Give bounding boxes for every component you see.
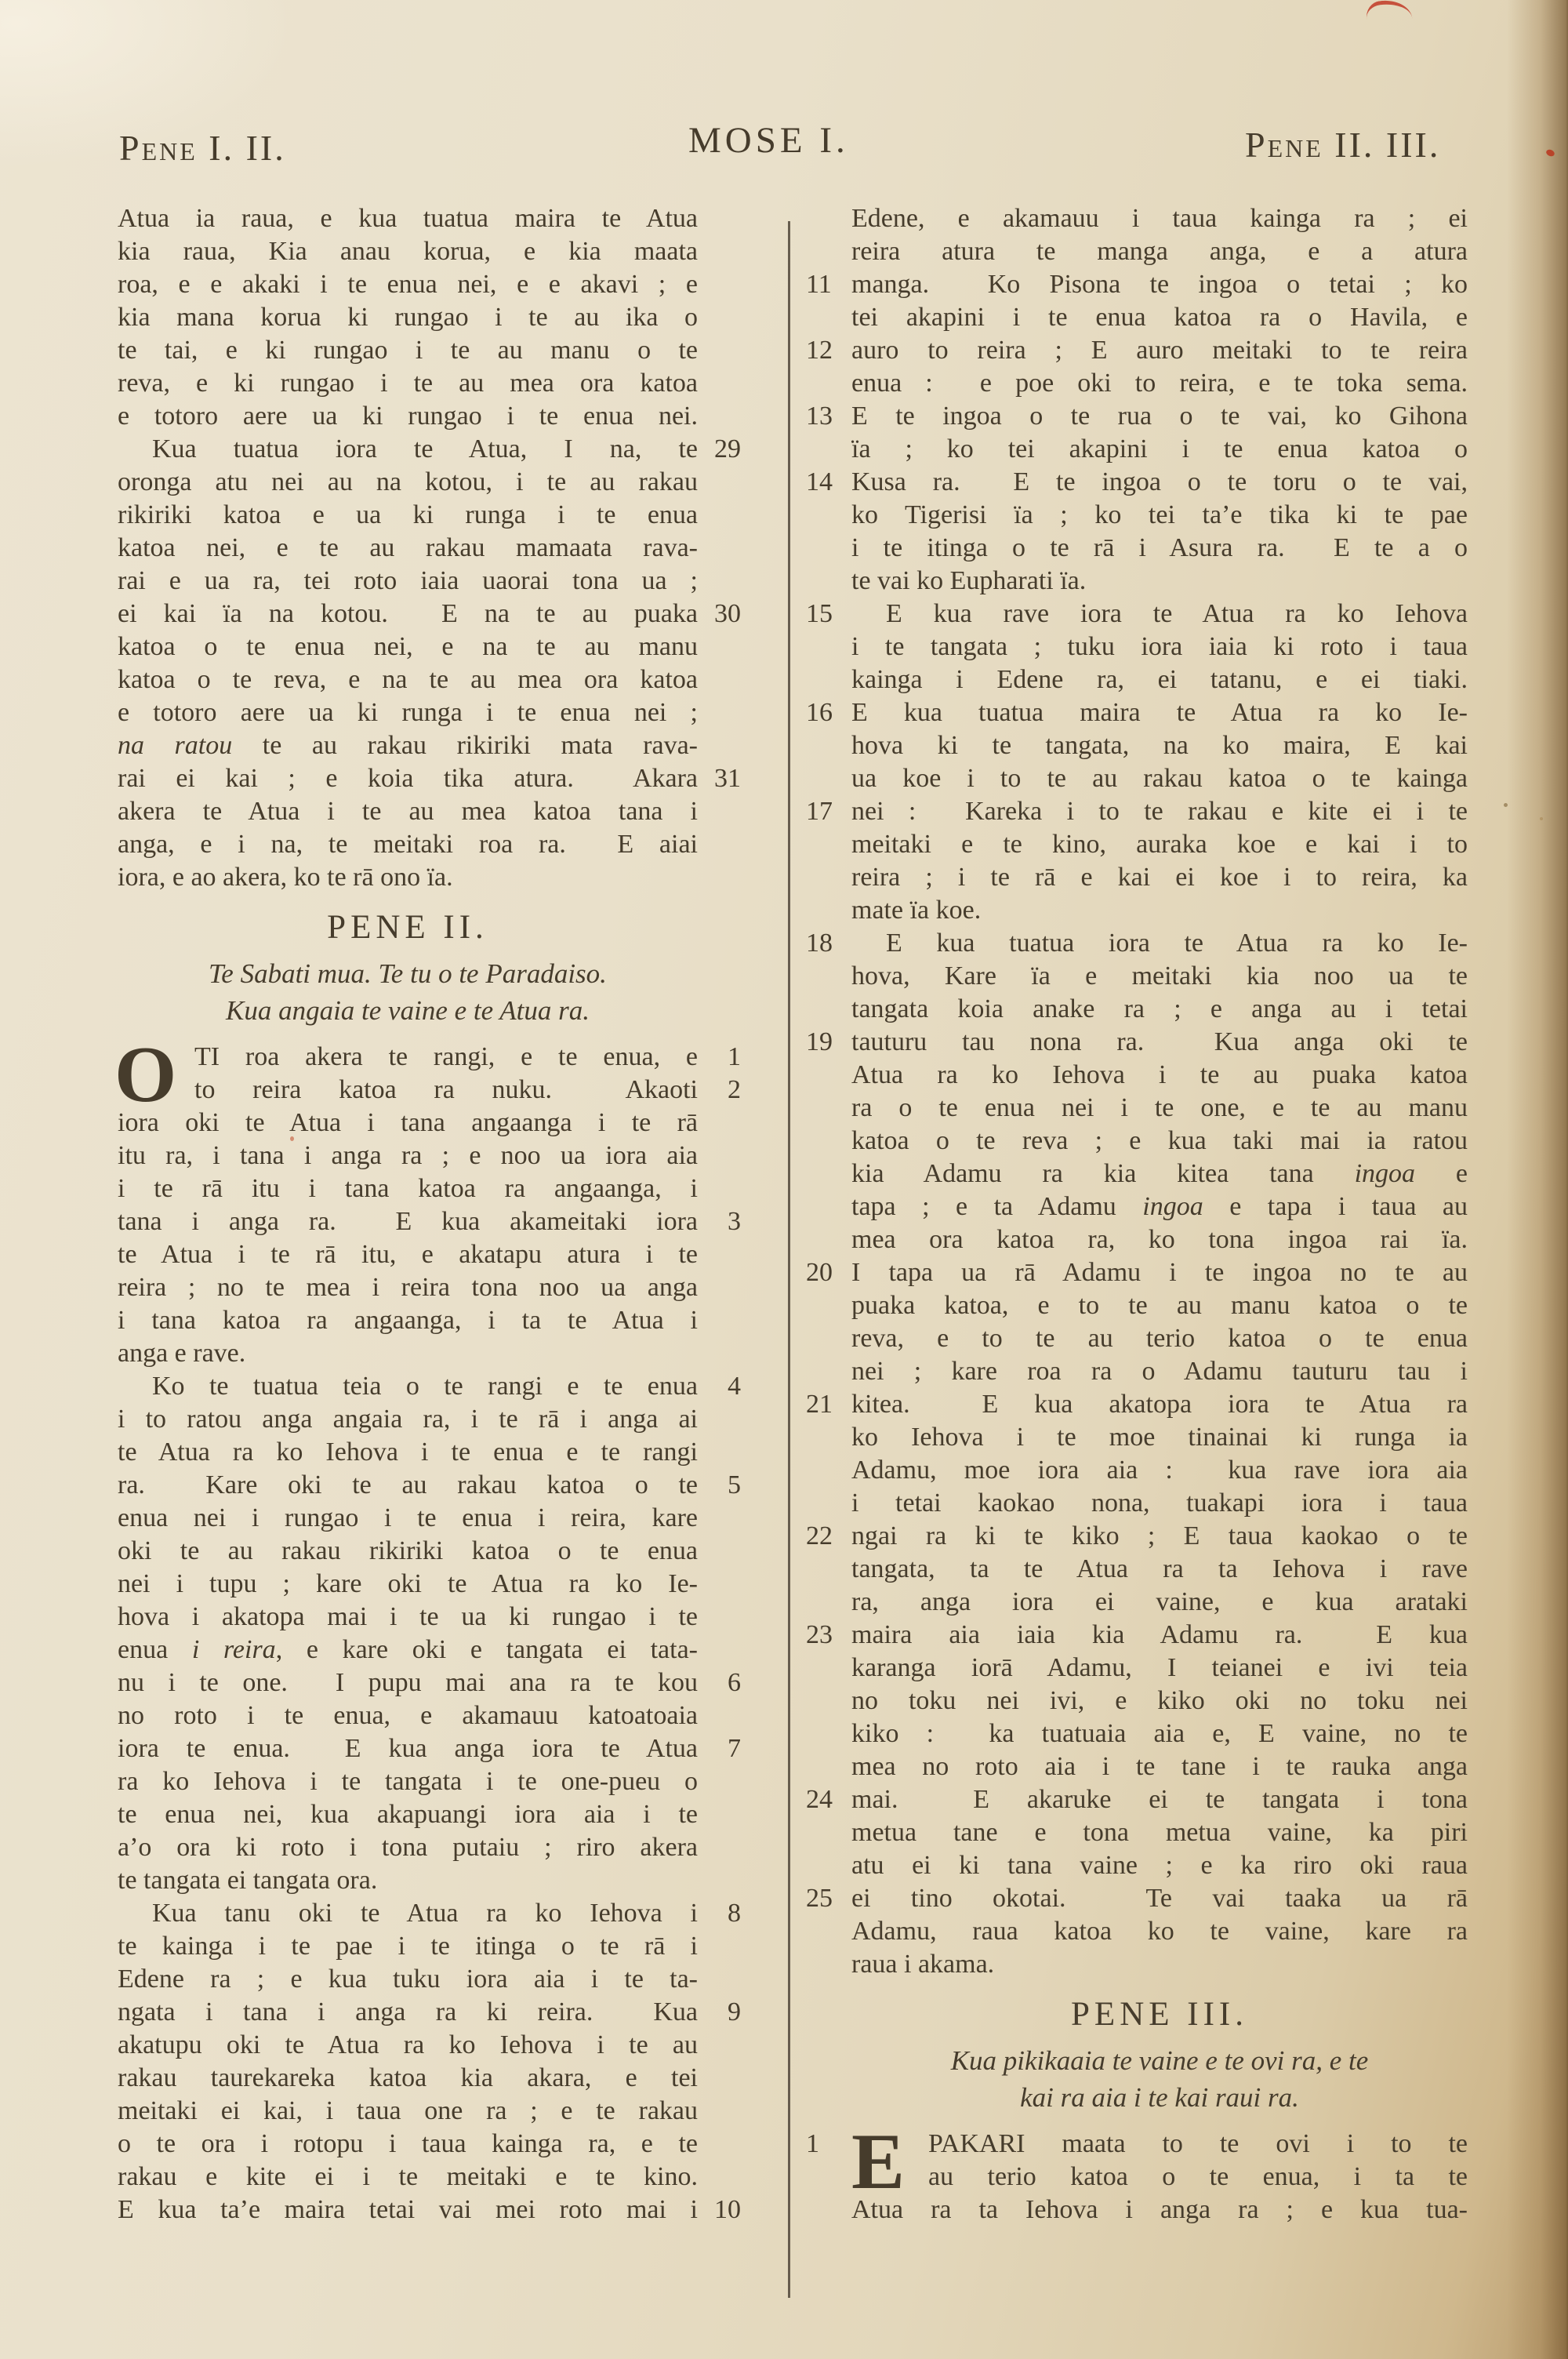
- line-text: mate ïa koe.: [851, 894, 1468, 927]
- line-text: na ratou te au rakau rikiriki mata rava-: [118, 729, 698, 762]
- line-text: katoa o te reva, e na te au mea ora kato…: [118, 663, 698, 696]
- verse-number: 1: [728, 1041, 741, 1074]
- running-head-center: MOSE I.: [688, 119, 849, 162]
- text-line: ei tino okotai. Te vai taaka ua rā25: [804, 1882, 1468, 1915]
- line-text: enua i reira, e kare oki e tangata ei ta…: [118, 1634, 698, 1667]
- text-line: tangata koia anake ra ; e anga au i teta…: [804, 993, 1468, 1026]
- text-line: ua koe i to te au rakau katoa o te kaing…: [804, 762, 1468, 795]
- text-line: ra o te enua nei i te one, e te au manu: [804, 1092, 1468, 1125]
- plain-text: enua: [118, 1635, 192, 1664]
- text-line: tangata, ta te Atua ra ta Iehova i rave: [804, 1553, 1468, 1586]
- line-text: kia Adamu ra kia kitea tana ingoa e: [851, 1158, 1468, 1190]
- text-line: ngai ra ki te kiko ; E taua kaokao o te2…: [804, 1520, 1468, 1553]
- text-line: tauturu tau nona ra. Kua anga oki te19: [804, 1026, 1468, 1059]
- line-text: metua tane e tona metua vaine, ka piri: [851, 1816, 1468, 1849]
- line-text: au terio katoa o te enua, i ta te: [928, 2161, 1468, 2194]
- foxing-speck: [1504, 803, 1508, 807]
- line-text: katoa o te reva ; e kua taki mai ia rato…: [851, 1125, 1468, 1158]
- text-line: reva, e ki rungao i te au mea ora katoa: [118, 367, 741, 400]
- text-line: metua tane e tona metua vaine, ka piri: [804, 1816, 1468, 1849]
- verse-number: 17: [806, 795, 833, 828]
- line-text: i tana katoa ra angaanga, i ta te Atua i: [118, 1304, 698, 1337]
- text-line: nu i te one. I pupu mai ana ra te kou6: [118, 1667, 741, 1699]
- line-text: rakau e kite ei i te meitaki e te kino.: [118, 2161, 698, 2194]
- text-line: ïa ; ko tei akapini i te enua katoa o: [804, 433, 1468, 466]
- line-text: Adamu, moe iora aia : kua rave iora aia: [851, 1454, 1468, 1487]
- text-line: rakau e kite ei i te meitaki e te kino.: [118, 2161, 741, 2194]
- text-line: kia Adamu ra kia kitea tana ingoa e: [804, 1158, 1468, 1190]
- text-line: oronga atu nei au na kotou, i te au raka…: [118, 466, 741, 499]
- verse-number: 22: [806, 1520, 833, 1553]
- text-line: rai ei kai ; e koia tika atura. Akara31: [118, 762, 741, 795]
- text-line: rikiriki katoa e ua ki runga i te enua: [118, 499, 741, 532]
- line-text: meitaki e te kino, auraka koe e kai i to: [851, 828, 1468, 861]
- text-line: reira ; no te mea i reira tona noo ua an…: [118, 1271, 741, 1304]
- line-text: no toku nei ivi, e kiko oki no toku nei: [851, 1685, 1468, 1717]
- line-text: i to ratou anga angaia ra, i te rā i ang…: [118, 1403, 698, 1436]
- line-text: akatupu oki te Atua ra ko Iehova i te au: [118, 2029, 698, 2062]
- verse-number: 30: [714, 598, 741, 631]
- text-line: meitaki e te kino, auraka koe e kai i to: [804, 828, 1468, 861]
- running-head-left: Pene I. II.: [119, 127, 286, 169]
- verse-number: 8: [728, 1897, 741, 1930]
- line-text: Atua ra ko Iehova i te au puaka katoa: [851, 1059, 1468, 1092]
- text-line: Adamu, raua katoa ko te vaine, kare ra: [804, 1915, 1468, 1948]
- text-line: iora oki te Atua i tana angaanga i te rā: [118, 1107, 741, 1140]
- text-line: Atua ia raua, e kua tuatua maira te Atua: [118, 202, 741, 235]
- text-line: te enua nei, kua akapuangi iora aia i te: [118, 1798, 741, 1831]
- line-text: tauturu tau nona ra. Kua anga oki te: [851, 1026, 1468, 1059]
- line-text: Ko te tuatua teia o te rangi e te enua: [118, 1370, 698, 1403]
- plain-text: e tapa i taua au: [1203, 1192, 1468, 1221]
- line-text: ra o te enua nei i te one, e te au manu: [851, 1092, 1468, 1125]
- line-text: te Atua ra ko Iehova i te enua e te rang…: [118, 1436, 698, 1469]
- red-ink-mark: [1365, 0, 1413, 24]
- text-line: manga. Ko Pisona te ingoa o tetai ; ko11: [804, 268, 1468, 301]
- text-line: enua : e poe oki to reira, e te toka sem…: [804, 367, 1468, 400]
- line-text: TI roa akera te rangi, e te enua, e: [194, 1041, 698, 1074]
- line-text: ua koe i to te au rakau katoa o te kaing…: [851, 762, 1468, 795]
- line-text: hova i akatopa mai i te ua ki rungao i t…: [118, 1601, 698, 1634]
- line-text: puaka katoa, e to te au manu katoa o te: [851, 1289, 1468, 1322]
- verse-number: 9: [728, 1996, 741, 2029]
- line-text: ko Iehova i te moe tinainai ki runga ia: [851, 1421, 1468, 1454]
- line-text: i te tangata ; tuku iora iaia ki roto i …: [851, 631, 1468, 663]
- line-text: mea no roto aia i te tane i te rauka ang…: [851, 1750, 1468, 1783]
- line-text: enua nei i rungao i te enua i reira, kar…: [118, 1502, 698, 1535]
- line-text: tei akapini i te enua katoa ra o Havila,…: [851, 301, 1468, 334]
- line-text: nei i tupu ; kare oki te Atua ra ko Ie-: [118, 1568, 698, 1601]
- line-text: maira aia iaia kia Adamu ra. E kua: [851, 1619, 1468, 1652]
- line-text: Adamu, raua katoa ko te vaine, kare ra: [851, 1915, 1468, 1948]
- text-line: karanga iorā Adamu, I teianei e ivi teia: [804, 1652, 1468, 1685]
- text-line: enua i reira, e kare oki e tangata ei ta…: [118, 1634, 741, 1667]
- line-text: i tetai kaokao nona, tuakapi iora i taua: [851, 1487, 1468, 1520]
- line-text: to reira katoa ra nuku. Akaoti: [194, 1074, 698, 1107]
- verse-number: 3: [728, 1205, 741, 1238]
- text-line: anga, e i na, te meitaki roa ra. E aiai: [118, 828, 741, 861]
- book-page: Pene I. II. MOSE I. Pene II. III. Atua i…: [0, 0, 1568, 2359]
- line-text: tangata koia anake ra ; e anga au i teta…: [851, 993, 1468, 1026]
- text-line: ra, anga iora ei vaine, e kua arataki: [804, 1586, 1468, 1619]
- text-line: i te itinga o te rā i Asura ra. E te a o: [804, 532, 1468, 565]
- line-text: Edene, e akamauu i taua kainga ra ; ei: [851, 202, 1468, 235]
- text-line: i tana katoa ra angaanga, i ta te Atua i: [118, 1304, 741, 1337]
- text-line: iora, e ao akera, ko te rā ono ïa.: [118, 861, 741, 894]
- text-line: E te ingoa o te rua o te vai, ko Gihona1…: [804, 400, 1468, 433]
- line-text: reva, e to te au terio katoa o te enua: [851, 1322, 1468, 1355]
- line-text: iora oki te Atua i tana angaanga i te rā: [118, 1107, 698, 1140]
- line-text: oronga atu nei au na kotou, i te au raka…: [118, 466, 698, 499]
- chapter-subtitle-line: Kua angaia te vaine e te Atua ra.: [118, 992, 698, 1029]
- line-text: e totoro aere ua ki runga i te enua nei …: [118, 696, 698, 729]
- chapter-heading: PENE II.: [118, 907, 698, 949]
- verse-number: 11: [806, 268, 832, 301]
- text-line: Atua ra ta Iehova i anga ra ; e kua tua-: [804, 2194, 1468, 2226]
- chapter-subtitle: Te Sabati mua. Te tu o te Paradaiso.Kua …: [118, 955, 698, 1029]
- line-text: ngata i tana i anga ra ki reira. Kua: [118, 1996, 698, 2029]
- text-line: hova, Kare ïa e meitaki kia noo ua te: [804, 960, 1468, 993]
- plain-text: , e kare oki e tangata ei tata-: [276, 1635, 698, 1664]
- text-line: to reira katoa ra nuku. Akaoti2: [118, 1074, 741, 1107]
- line-text: ra. Kare oki te au rakau katoa o te: [118, 1469, 698, 1502]
- text-line: tana i anga ra. E kua akameitaki iora3: [118, 1205, 741, 1238]
- italic-text: i reira: [192, 1635, 276, 1664]
- text-line: puaka katoa, e to te au manu katoa o te: [804, 1289, 1468, 1322]
- line-text: Kusa ra. E te ingoa o te toru o te vai,: [851, 466, 1468, 499]
- text-line: akatupu oki te Atua ra ko Iehova i te au: [118, 2029, 741, 2062]
- text-line: Kua tuatua iora te Atua, I na, te29: [118, 433, 741, 466]
- text-line: akera te Atua i te au mea katoa tana i: [118, 795, 741, 828]
- text-line: na ratou te au rakau rikiriki mata rava-: [118, 729, 741, 762]
- line-text: ra, anga iora ei vaine, e kua arataki: [851, 1586, 1468, 1619]
- text-line: reva, e to te au terio katoa o te enua: [804, 1322, 1468, 1355]
- line-text: reira atura te manga anga, e a atura: [851, 235, 1468, 268]
- text-line: mai. E akaruke ei te tangata i tona24: [804, 1783, 1468, 1816]
- text-line: a’o ora ki roto i tona putaiu ; riro ake…: [118, 1831, 741, 1864]
- plain-text: te au rakau rikiriki mata rava-: [232, 731, 698, 760]
- line-text: E kua rave iora te Atua ra ko Iehova: [851, 598, 1468, 631]
- italic-text: ingoa: [1355, 1159, 1415, 1188]
- line-text: E kua tuatua iora te Atua ra ko Ie-: [851, 927, 1468, 960]
- text-line: E kua tuatua iora te Atua ra ko Ie-18: [804, 927, 1468, 960]
- verse-number: 20: [806, 1256, 833, 1289]
- verse-number: 15: [806, 598, 833, 631]
- text-line: te Atua i te rā itu, e akatapu atura i t…: [118, 1238, 741, 1271]
- line-text: te kainga i te pae i te itinga o te rā i: [118, 1930, 698, 1963]
- line-text: roa, e e akaki i te enua nei, e e akavi …: [118, 268, 698, 301]
- line-text: oki te au rakau rikiriki katoa o te enua: [118, 1535, 698, 1568]
- text-line: reira ; i te rā e kai ei koe i to reira,…: [804, 861, 1468, 894]
- chapter-heading: PENE III.: [851, 1994, 1468, 2036]
- line-text: reira ; no te mea i reira tona noo ua an…: [118, 1271, 698, 1304]
- line-text: Kua tuatua iora te Atua, I na, te: [118, 433, 698, 466]
- text-line: E kua tuatua maira te Atua ra ko Ie-16: [804, 696, 1468, 729]
- line-text: E kua tuatua maira te Atua ra ko Ie-: [851, 696, 1468, 729]
- text-line: mea ora katoa ra, ko tona ingoa rai ïa.: [804, 1223, 1468, 1256]
- text-line: enua nei i rungao i te enua i reira, kar…: [118, 1502, 741, 1535]
- italic-text: na ratou: [118, 731, 232, 760]
- text-line: anga e rave.: [118, 1337, 741, 1370]
- text-line: au terio katoa o te enua, i ta te: [804, 2161, 1468, 2194]
- running-head-right: Pene II. III.: [1245, 124, 1440, 165]
- text-line: Ko te tuatua teia o te rangi e te enua4: [118, 1370, 741, 1403]
- line-text: tana i anga ra. E kua akameitaki iora: [118, 1205, 698, 1238]
- chapter-subtitle-line: Te Sabati mua. Te tu o te Paradaiso.: [118, 955, 698, 992]
- line-text: akera te Atua i te au mea katoa tana i: [118, 795, 698, 828]
- line-text: hova, Kare ïa e meitaki kia noo ua te: [851, 960, 1468, 993]
- text-line: tapa ; e ta Adamu ingoa e tapa i taua au: [804, 1190, 1468, 1223]
- line-text: meitaki ei kai, i taua one ra ; e te rak…: [118, 2095, 698, 2128]
- right-column: Edene, e akamauu i taua kainga ra ; eire…: [804, 202, 1468, 2226]
- text-line: iora te enua. E kua anga iora te Atua7: [118, 1732, 741, 1765]
- line-text: atu ei ki tana vaine ; e ka riro oki rau…: [851, 1849, 1468, 1882]
- line-text: anga e rave.: [118, 1337, 698, 1370]
- line-text: PAKARI maata to te ovi i to te: [928, 2128, 1468, 2161]
- text-line: auro to reira ; E auro meitaki to te rei…: [804, 334, 1468, 367]
- verse-number: 18: [806, 927, 833, 960]
- line-text: karanga iorā Adamu, I teianei e ivi teia: [851, 1652, 1468, 1685]
- plain-text: e: [1415, 1159, 1468, 1188]
- red-ink-speck: [290, 1136, 294, 1141]
- text-line: Kua tanu oki te Atua ra ko Iehova i8: [118, 1897, 741, 1930]
- line-text: nei ; kare roa ra o Adamu tauturu tau i: [851, 1355, 1468, 1388]
- line-text: raua i akama.: [851, 1948, 1468, 1981]
- text-line: E kua ta’e maira tetai vai mei roto mai …: [118, 2194, 741, 2226]
- verse-number: 12: [806, 334, 833, 367]
- text-line: nei i tupu ; kare oki te Atua ra ko Ie-: [118, 1568, 741, 1601]
- line-text: ko Tigerisi ïa ; ko tei ta’e tika ki te …: [851, 499, 1468, 532]
- text-line: Atua ra ko Iehova i te au puaka katoa: [804, 1059, 1468, 1092]
- line-text: I tapa ua rā Adamu i te ingoa no te au: [851, 1256, 1468, 1289]
- left-column: Atua ia raua, e kua tuatua maira te Atua…: [118, 202, 741, 2226]
- text-line: i te rā itu i tana katoa ra angaanga, i: [118, 1172, 741, 1205]
- column-divider: [788, 221, 790, 2298]
- line-text: manga. Ko Pisona te ingoa o tetai ; ko: [851, 268, 1468, 301]
- line-text: o te ora i rotopu i taua kainga ra, e te: [118, 2128, 698, 2161]
- text-line: Edene ra ; e kua tuku iora aia i te ta-: [118, 1963, 741, 1996]
- plain-text: tapa ; e ta Adamu: [851, 1192, 1142, 1221]
- line-text: katoa nei, e te au rakau mamaata rava-: [118, 532, 698, 565]
- text-line: OTI roa akera te rangi, e te enua, e1: [118, 1041, 741, 1074]
- text-line: atu ei ki tana vaine ; e ka riro oki rau…: [804, 1849, 1468, 1882]
- line-text: E te ingoa o te rua o te vai, ko Gihona: [851, 400, 1468, 433]
- line-text: te enua nei, kua akapuangi iora aia i te: [118, 1798, 698, 1831]
- text-line: katoa o te enua nei, e na te au manu: [118, 631, 741, 663]
- line-text: katoa o te enua nei, e na te au manu: [118, 631, 698, 663]
- line-text: nei : Kareka i to te rakau e kite ei i t…: [851, 795, 1468, 828]
- line-text: tapa ; e ta Adamu ingoa e tapa i taua au: [851, 1190, 1468, 1223]
- text-line: hova i akatopa mai i te ua ki rungao i t…: [118, 1601, 741, 1634]
- text-line: mea no roto aia i te tane i te rauka ang…: [804, 1750, 1468, 1783]
- text-line: roa, e e akaki i te enua nei, e e akavi …: [118, 268, 741, 301]
- text-line: ko Iehova i te moe tinainai ki runga ia: [804, 1421, 1468, 1454]
- line-text: tangata, ta te Atua ra ta Iehova i rave: [851, 1553, 1468, 1586]
- line-text: rikiriki katoa e ua ki runga i te enua: [118, 499, 698, 532]
- text-line: tei akapini i te enua katoa ra o Havila,…: [804, 301, 1468, 334]
- text-line: ei kai ïa na kotou. E na te au puaka30: [118, 598, 741, 631]
- line-text: te tangata ei tangata ora.: [118, 1864, 698, 1897]
- text-line: itu ra, i tana i anga ra ; e noo ua iora…: [118, 1140, 741, 1172]
- text-line: katoa nei, e te au rakau mamaata rava-: [118, 532, 741, 565]
- line-text: kia raua, Kia anau korua, e kia maata: [118, 235, 698, 268]
- line-text: kia mana korua ki rungao i te au ika o: [118, 301, 698, 334]
- text-line: nei ; kare roa ra o Adamu tauturu tau i: [804, 1355, 1468, 1388]
- line-text: kiko : ka tuatuaia aia e, E vaine, no te: [851, 1717, 1468, 1750]
- line-text: enua : e poe oki to reira, e te toka sem…: [851, 367, 1468, 400]
- line-text: rai ei kai ; e koia tika atura. Akara: [118, 762, 698, 795]
- verse-number: 4: [728, 1370, 741, 1403]
- text-line: Edene, e akamauu i taua kainga ra ; ei: [804, 202, 1468, 235]
- line-text: te tai, e ki rungao i te au manu o te: [118, 334, 698, 367]
- text-line: hova ki te tangata, na ko maira, E kai: [804, 729, 1468, 762]
- text-line: oki te au rakau rikiriki katoa o te enua: [118, 1535, 741, 1568]
- line-text: anga, e i na, te meitaki roa ra. E aiai: [118, 828, 698, 861]
- text-line: E kua rave iora te Atua ra ko Iehova15: [804, 598, 1468, 631]
- line-text: nu i te one. I pupu mai ana ra te kou: [118, 1667, 698, 1699]
- line-text: reva, e ki rungao i te au mea ora katoa: [118, 367, 698, 400]
- line-text: i te rā itu i tana katoa ra angaanga, i: [118, 1172, 698, 1205]
- line-text: e totoro aere ua ki rungao i te enua nei…: [118, 400, 698, 433]
- verse-number: 25: [806, 1882, 833, 1915]
- line-text: a’o ora ki roto i tona putaiu ; riro ake…: [118, 1831, 698, 1864]
- text-line: e totoro aere ua ki runga i te enua nei …: [118, 696, 741, 729]
- line-text: hova ki te tangata, na ko maira, E kai: [851, 729, 1468, 762]
- text-line: kainga i Edene ra, ei tatanu, e ei tiaki…: [804, 663, 1468, 696]
- text-line: kiko : ka tuatuaia aia e, E vaine, no te: [804, 1717, 1468, 1750]
- line-text: iora te enua. E kua anga iora te Atua: [118, 1732, 698, 1765]
- text-line: EPAKARI maata to te ovi i to te1: [804, 2128, 1468, 2161]
- line-text: rakau taurekareka katoa kia akara, e tei: [118, 2062, 698, 2095]
- line-text: kainga i Edene ra, ei tatanu, e ei tiaki…: [851, 663, 1468, 696]
- text-line: katoa o te reva, e na te au mea ora kato…: [118, 663, 741, 696]
- verse-number: 23: [806, 1619, 833, 1652]
- verse-number: 24: [806, 1783, 833, 1816]
- line-text: mai. E akaruke ei te tangata i tona: [851, 1783, 1468, 1816]
- line-text: ra ko Iehova i te tangata i te one-pueu …: [118, 1765, 698, 1798]
- line-text: ei kai ïa na kotou. E na te au puaka: [118, 598, 698, 631]
- text-line: ra. Kare oki te au rakau katoa o te5: [118, 1469, 741, 1502]
- text-line: te kainga i te pae i te itinga o te rā i: [118, 1930, 741, 1963]
- text-line: rakau taurekareka katoa kia akara, e tei: [118, 2062, 741, 2095]
- line-text: reira ; i te rā e kai ei koe i to reira,…: [851, 861, 1468, 894]
- text-line: mate ïa koe.: [804, 894, 1468, 927]
- plain-text: kia Adamu ra kia kitea tana: [851, 1159, 1355, 1188]
- page-gutter-shadow: [1507, 0, 1568, 2359]
- line-text: te vai ko Eupharati ïa.: [851, 565, 1468, 598]
- text-line: meitaki ei kai, i taua one ra ; e te rak…: [118, 2095, 741, 2128]
- text-line: raua i akama.: [804, 1948, 1468, 1981]
- line-text: Atua ia raua, e kua tuatua maira te Atua: [118, 202, 698, 235]
- verse-number: 6: [728, 1667, 741, 1699]
- chapter-subtitle: Kua pikikaaia te vaine e te ovi ra, e te…: [851, 2042, 1468, 2116]
- line-text: Kua tanu oki te Atua ra ko Iehova i: [118, 1897, 698, 1930]
- verse-number: 13: [806, 400, 833, 433]
- text-line: Adamu, moe iora aia : kua rave iora aia: [804, 1454, 1468, 1487]
- text-line: no toku nei ivi, e kiko oki no toku nei: [804, 1685, 1468, 1717]
- verse-number: 14: [806, 466, 833, 499]
- chapter-subtitle-line: kai ra aia i te kai raui ra.: [851, 2079, 1468, 2116]
- line-text: mea ora katoa ra, ko tona ingoa rai ïa.: [851, 1223, 1468, 1256]
- line-text: i te itinga o te rā i Asura ra. E te a o: [851, 532, 1468, 565]
- line-text: ïa ; ko tei akapini i te enua katoa o: [851, 433, 1468, 466]
- text-line: nei : Kareka i to te rakau e kite ei i t…: [804, 795, 1468, 828]
- line-text: itu ra, i tana i anga ra ; e noo ua iora…: [118, 1140, 698, 1172]
- text-line: rai e ua ra, tei roto iaia uaorai tona u…: [118, 565, 741, 598]
- text-line: kitea. E kua akatopa iora te Atua ra21: [804, 1388, 1468, 1421]
- text-line: ngata i tana i anga ra ki reira. Kua9: [118, 1996, 741, 2029]
- text-line: te Atua ra ko Iehova i te enua e te rang…: [118, 1436, 741, 1469]
- verse-number: 7: [728, 1732, 741, 1765]
- red-ink-speck: [1545, 148, 1555, 158]
- line-text: E kua ta’e maira tetai vai mei roto mai …: [118, 2194, 698, 2226]
- text-line: i to ratou anga angaia ra, i te rā i ang…: [118, 1403, 741, 1436]
- foxing-speck: [1540, 817, 1543, 820]
- chapter-subtitle-line: Kua pikikaaia te vaine e te ovi ra, e te: [851, 2042, 1468, 2079]
- text-line: i tetai kaokao nona, tuakapi iora i taua: [804, 1487, 1468, 1520]
- line-text: ei tino okotai. Te vai taaka ua rā: [851, 1882, 1468, 1915]
- text-line: ra ko Iehova i te tangata i te one-pueu …: [118, 1765, 741, 1798]
- text-line: reira atura te manga anga, e a atura: [804, 235, 1468, 268]
- text-line: kia mana korua ki rungao i te au ika o: [118, 301, 741, 334]
- line-text: iora, e ao akera, ko te rā ono ïa.: [118, 861, 698, 894]
- verse-number: 1: [806, 2128, 819, 2161]
- text-line: te tangata ei tangata ora.: [118, 1864, 741, 1897]
- line-text: te Atua i te rā itu, e akatapu atura i t…: [118, 1238, 698, 1271]
- text-line: kia raua, Kia anau korua, e kia maata: [118, 235, 741, 268]
- verse-number: 21: [806, 1388, 833, 1421]
- text-line: ko Tigerisi ïa ; ko tei ta’e tika ki te …: [804, 499, 1468, 532]
- verse-number: 2: [728, 1074, 741, 1107]
- text-line: no roto i te enua, e akamauu katoatoaia: [118, 1699, 741, 1732]
- italic-text: ingoa: [1142, 1192, 1203, 1221]
- text-line: i te tangata ; tuku iora iaia ki roto i …: [804, 631, 1468, 663]
- verse-number: 10: [714, 2194, 741, 2226]
- text-line: o te ora i rotopu i taua kainga ra, e te: [118, 2128, 741, 2161]
- line-text: ngai ra ki te kiko ; E taua kaokao o te: [851, 1520, 1468, 1553]
- line-text: auro to reira ; E auro meitaki to te rei…: [851, 334, 1468, 367]
- text-line: te vai ko Eupharati ïa.: [804, 565, 1468, 598]
- text-line: te tai, e ki rungao i te au manu o te: [118, 334, 741, 367]
- text-line: e totoro aere ua ki rungao i te enua nei…: [118, 400, 741, 433]
- text-line: Kusa ra. E te ingoa o te toru o te vai,1…: [804, 466, 1468, 499]
- line-text: Atua ra ta Iehova i anga ra ; e kua tua-: [851, 2194, 1468, 2226]
- verse-number: 19: [806, 1026, 833, 1059]
- line-text: no roto i te enua, e akamauu katoatoaia: [118, 1699, 698, 1732]
- line-text: rai e ua ra, tei roto iaia uaorai tona u…: [118, 565, 698, 598]
- text-line: I tapa ua rā Adamu i te ingoa no te au20: [804, 1256, 1468, 1289]
- verse-number: 5: [728, 1469, 741, 1502]
- verse-number: 29: [714, 433, 741, 466]
- line-text: Edene ra ; e kua tuku iora aia i te ta-: [118, 1963, 698, 1996]
- verse-number: 16: [806, 696, 833, 729]
- text-line: katoa o te reva ; e kua taki mai ia rato…: [804, 1125, 1468, 1158]
- verse-number: 31: [714, 762, 741, 795]
- line-text: kitea. E kua akatopa iora te Atua ra: [851, 1388, 1468, 1421]
- text-line: maira aia iaia kia Adamu ra. E kua23: [804, 1619, 1468, 1652]
